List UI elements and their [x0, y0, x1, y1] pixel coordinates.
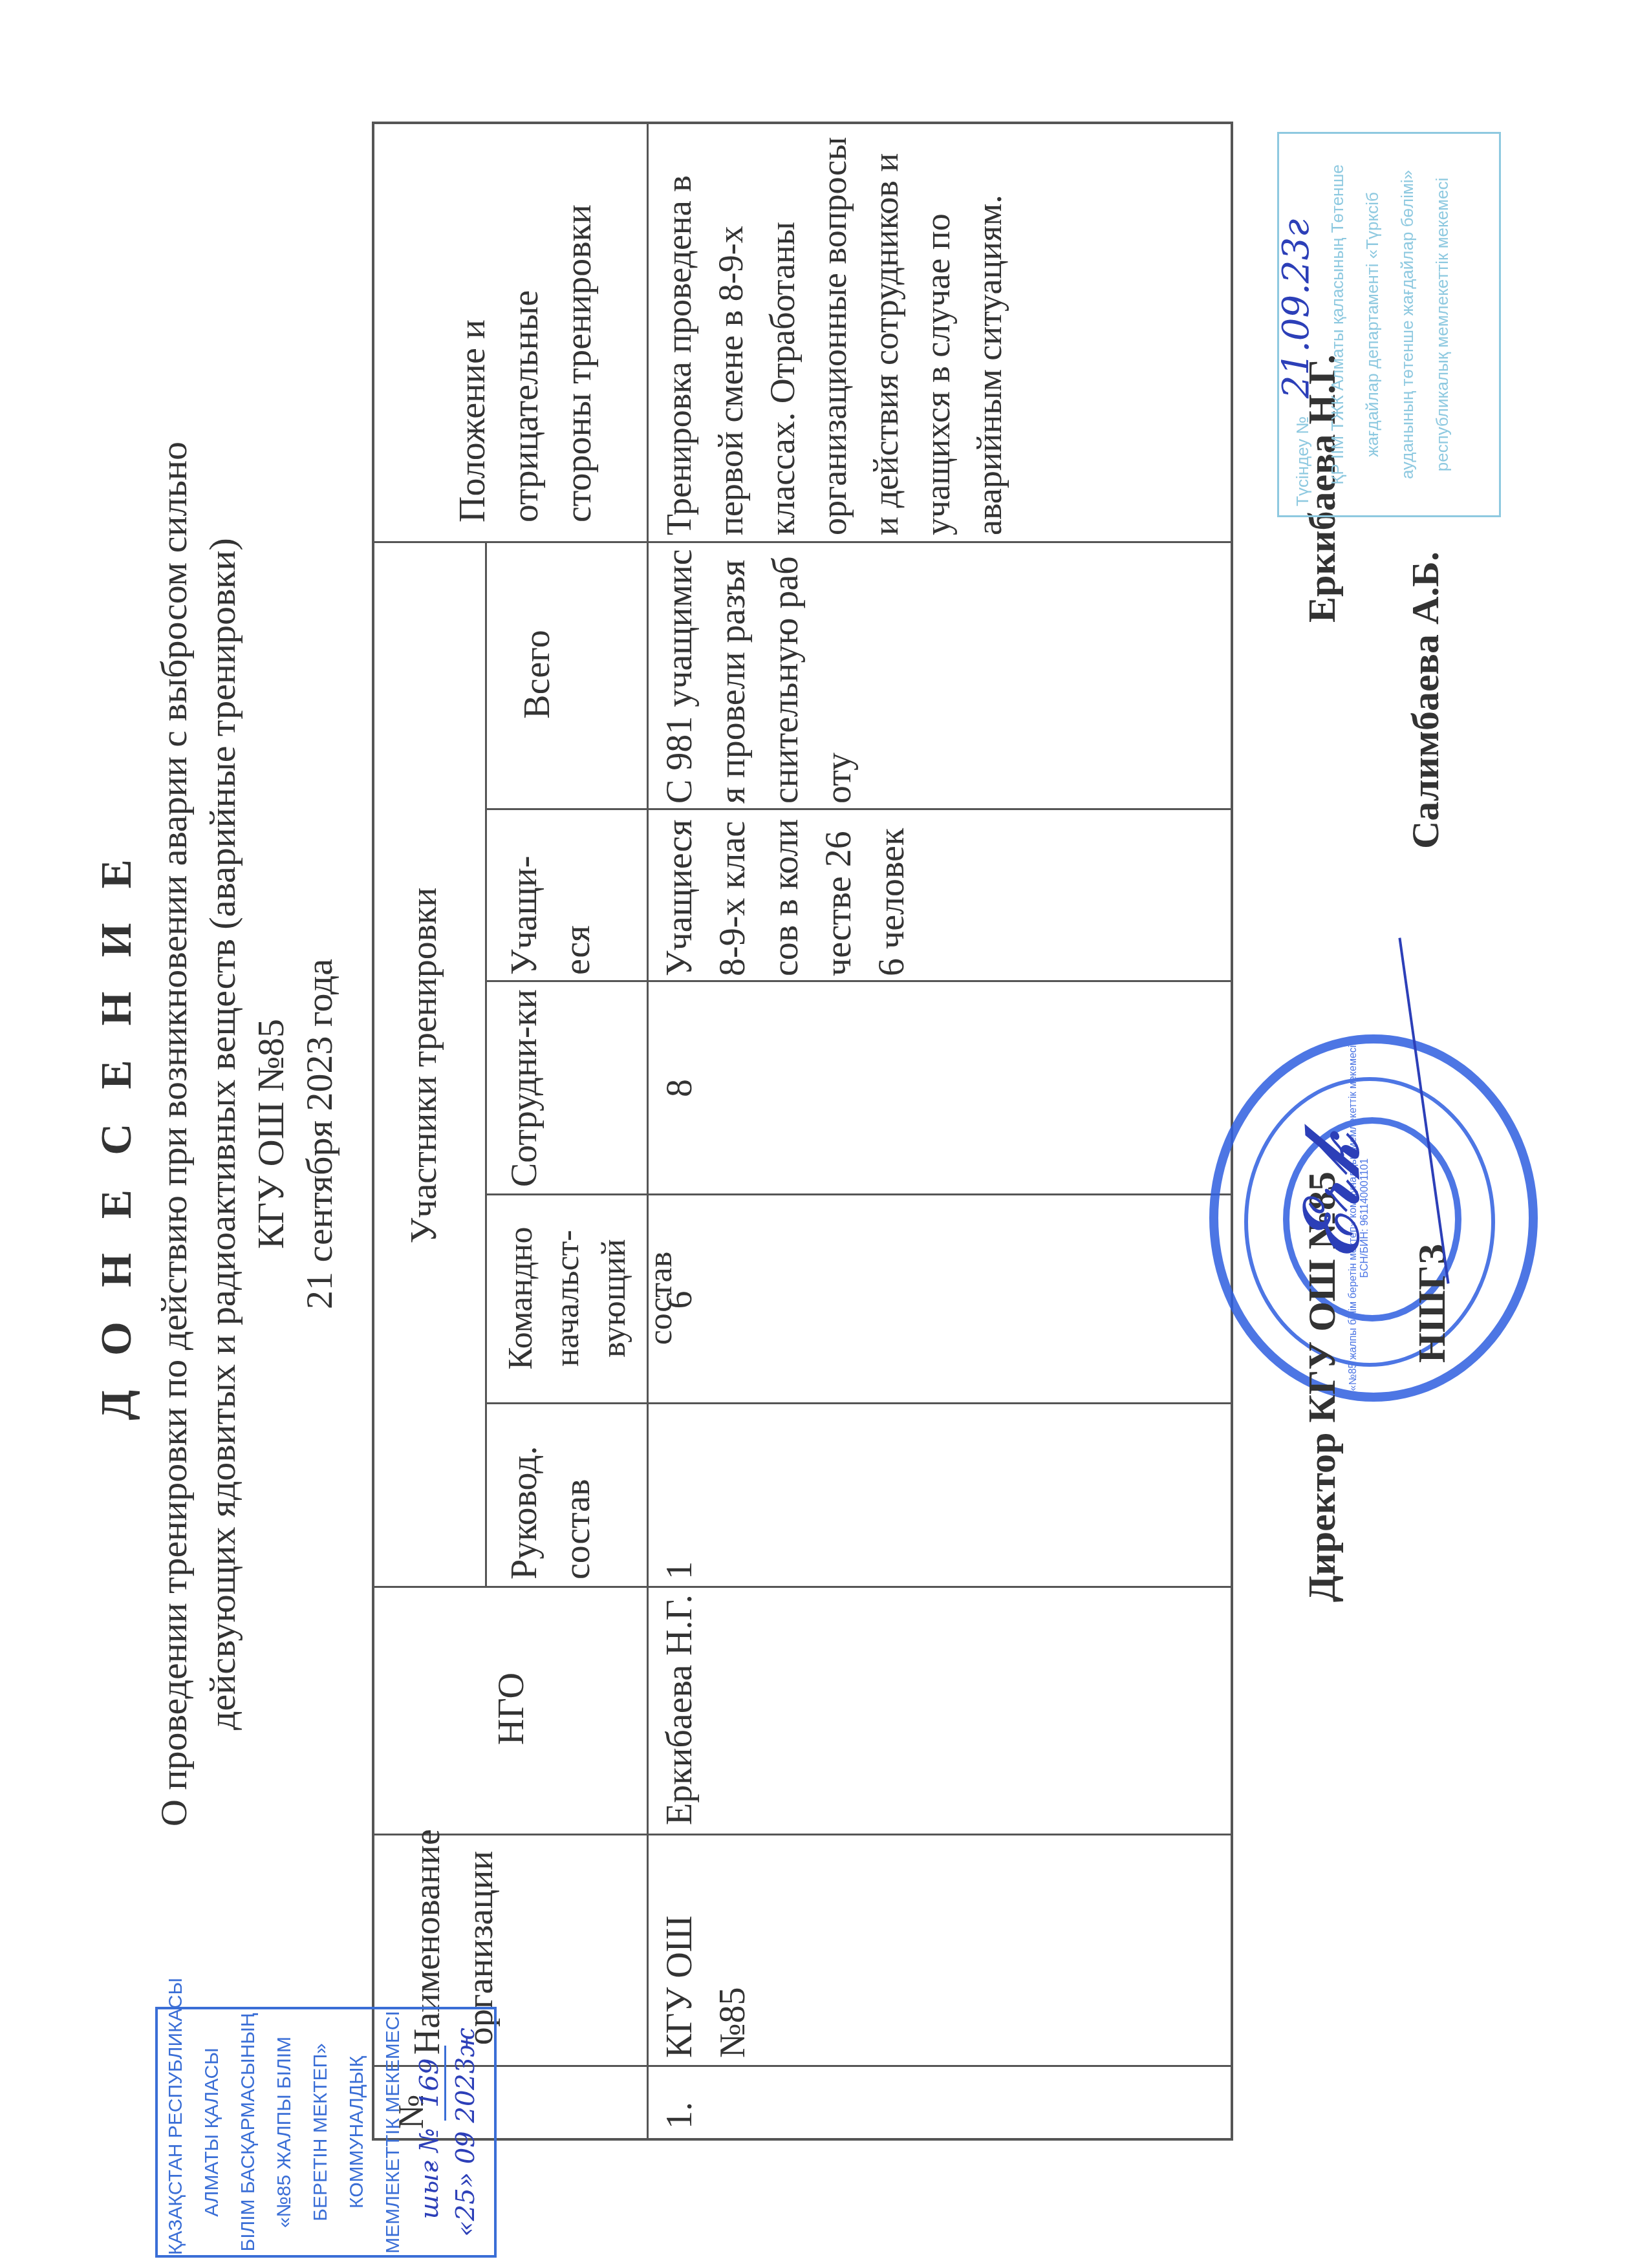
header-ngo: НГО [485, 1589, 538, 1828]
document-sheet: Д О Н Е С Е Н И Е О проведении тренировк… [0, 0, 1649, 2268]
row-assessment: Тренировка проведена в первой смене в 8-… [653, 134, 1015, 535]
incoming-stamp-line: КОММУНАЛДЫҚ [339, 2009, 375, 2255]
subtitle-line-1: О проведении тренировки по действию при … [152, 0, 195, 2268]
subtitle-org: КГУ ОШ №85 [249, 0, 292, 2268]
incoming-stamp-line: АЛМАТЫ ҚАЛАСЫ [194, 2009, 230, 2255]
incoming-stamp-line: БЕРЕТІН МЕКТЕП» [303, 2009, 339, 2255]
header-assessment: Положение и отрицательные стороны тренир… [446, 160, 605, 522]
director-signature: 𝓔𝓻𝓴 [1287, 1133, 1377, 1259]
header-staff: Сотрудни-ки [498, 987, 551, 1187]
row-students: Учащиеся 8-9-х классов в количестве 266 … [653, 815, 918, 976]
registration-stamp-line: республикалық мемлекеттік мекемесі [1425, 134, 1460, 515]
registration-stamp: Түсіндеу № 21.09.23г ҚР ІІМ ТЖК Алматы қ… [1277, 132, 1501, 517]
row-org-name: КГУ ОШ №85 [653, 1845, 759, 2058]
header-participants: Участники тренировки [398, 548, 451, 1583]
registration-stamp-line: жағдайлар департаменті «Түрксіб [1355, 134, 1390, 515]
registration-stamp-label: Түсіндеу № [1293, 416, 1312, 506]
row-command: 6 [653, 1198, 706, 1402]
incoming-stamp-line: МЕМЛЕКЕТТІК МЕКЕМЕСІ [375, 2009, 411, 2255]
ngz-label: НШГЗ [1410, 1244, 1454, 1363]
registration-stamp-line: ҚР ІІМ ТЖК Алматы қаласының Төтенше [1320, 134, 1355, 515]
incoming-number-label: шығ № [415, 2128, 444, 2219]
row-total: С 981 учащимися провели разъяснительную … [653, 548, 865, 804]
row-ngo: Еркибаева Н.Г. [653, 1592, 706, 1825]
row-num: 1. [653, 2071, 706, 2129]
incoming-stamp-line: ҚАЗАҚСТАН РЕСПУБЛИКАСЫ [158, 2009, 194, 2255]
subtitle-date: 21 сентября 2023 года [297, 0, 341, 2268]
header-students: Учащи-еся [498, 813, 604, 975]
incoming-number-value: 169 [415, 2046, 446, 2121]
incoming-stamp: ҚАЗАҚСТАН РЕСПУБЛИКАСЫ АЛМАТЫ ҚАЛАСЫ БІЛ… [155, 2007, 497, 2258]
registration-handwritten-date: 21.09.23г [1275, 219, 1317, 399]
incoming-stamp-line: БІЛІМ БАСҚАРМАСЫНЫҢ [230, 2009, 266, 2255]
ngz-name: Салимбаева А.Б. [1403, 551, 1448, 849]
subtitle-line-2: дейсвующих ядовитых и радиоактивных веще… [200, 0, 244, 2268]
header-total: Всего [511, 545, 564, 804]
row-leadership: 1 [653, 1408, 706, 1579]
document-title: Д О Н Е С Е Н И Е [91, 0, 142, 2268]
incoming-stamp-line: «№85 ЖАЛПЫ БІЛІМ [266, 2009, 303, 2255]
header-leadership: Руковод. состав [498, 1408, 604, 1579]
registration-stamp-line: ауданының төтенше жағдайлар бөлімі» [1390, 134, 1425, 515]
incoming-date: «25» 09 2023ж [447, 2009, 484, 2255]
row-staff: 8 [653, 985, 706, 1192]
